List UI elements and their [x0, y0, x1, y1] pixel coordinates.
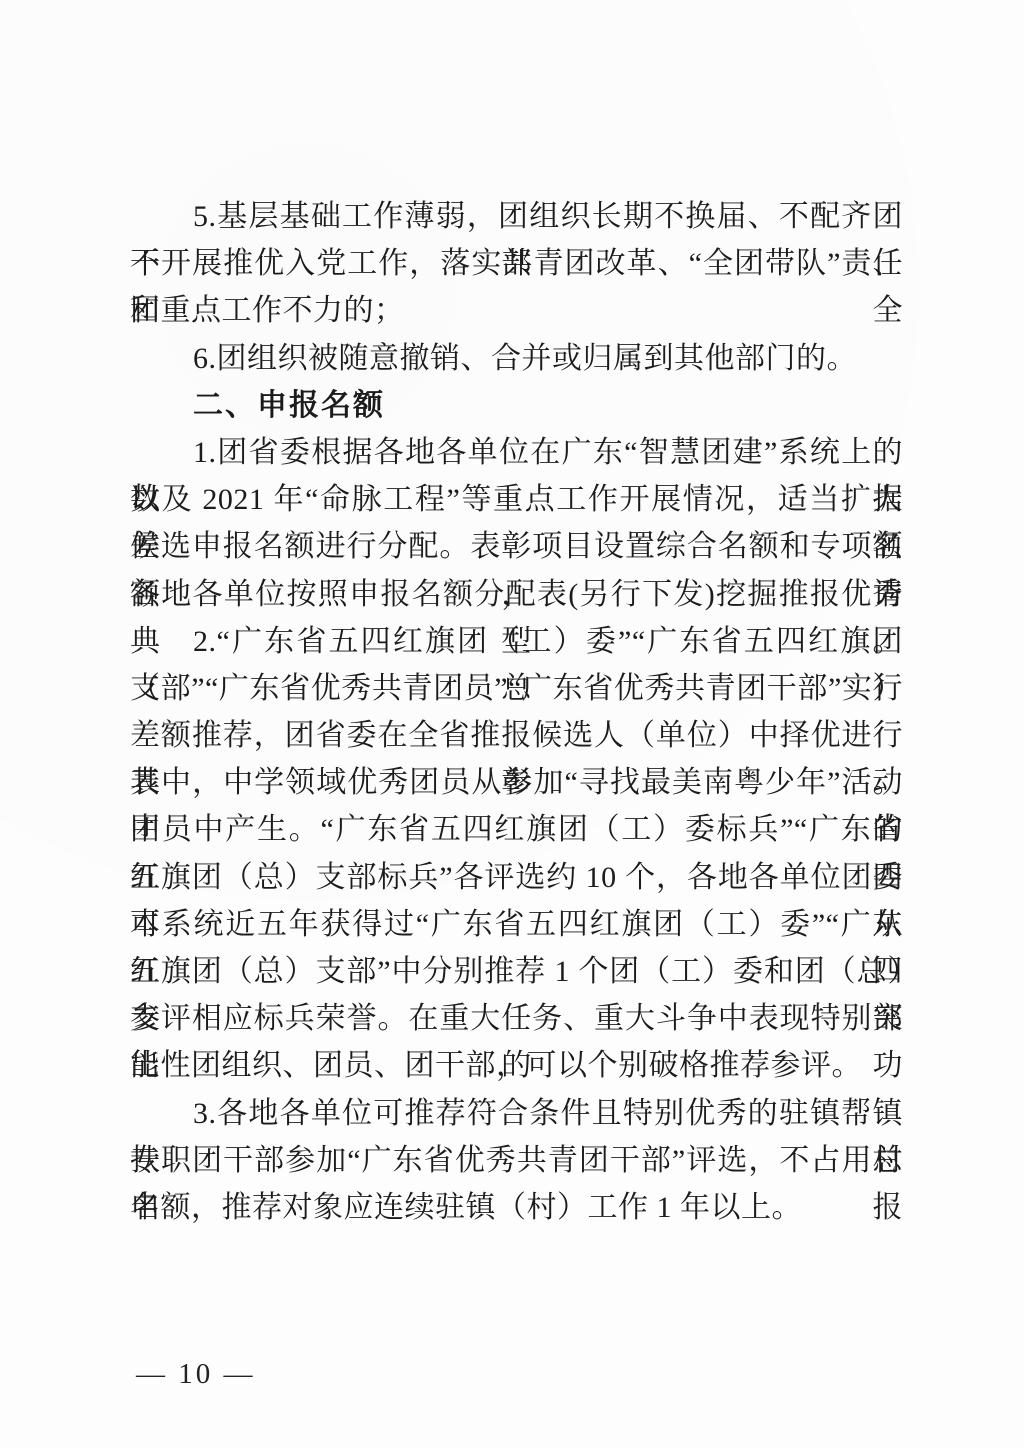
text-line: 1.团省委根据各地各单位在广东“智慧团建”系统上的数据	[130, 429, 903, 476]
text-line: 本系统近五年获得过“广东省五四红旗团（工）委”“广东五四	[130, 901, 903, 948]
section-heading: 二、申报名额	[130, 382, 903, 429]
scanned-document-page: 5.基层基础工作薄弱，团组织长期不换届、不配齐团干部、 不开展推优入党工作，落实…	[0, 0, 1024, 1448]
text-line: 2.“广东省五四红旗团（工）委”“广东省五四红旗团（总）	[130, 618, 903, 665]
text-line: 名额，推荐对象应连续驻镇（村）工作 1 年以上。	[130, 1184, 903, 1231]
text-line: 红旗团（总）支部标兵”各评选约 10 个，各地各单位团委可从	[130, 854, 903, 901]
text-line: 团员中产生。“广东省五四红旗团（工）委标兵”“广东省五四	[130, 806, 903, 853]
text-line: 其中，中学领域优秀团员从参加“寻找最美南粤少年”活动中的	[130, 759, 903, 806]
text-line: 候选申报名额进行分配。表彰项目设置综合名额和专项名额，请	[130, 523, 903, 570]
text-line: 6.团组织被随意撤销、合并或归属到其他部门的。	[130, 335, 903, 382]
document-body: 5.基层基础工作薄弱，团组织长期不换届、不配齐团干部、 不开展推优入党工作，落实…	[130, 193, 903, 1231]
text-line: 各地各单位按照申报名额分配表(另行下发)挖掘推报优秀典型。	[130, 571, 903, 618]
text-line: 以及 2021 年“命脉工程”等重点工作开展情况，适当扩大差额	[130, 476, 903, 523]
text-line: 能性团组织、团员、团干部，可以个别破格推荐参评。	[130, 1042, 903, 1089]
text-line: 专职团干部参加“广东省优秀共青团干部”评选，不占用总申报	[130, 1137, 903, 1184]
text-line: 支部”“广东省优秀共青团员”“广东省优秀共青团干部”实行	[130, 665, 903, 712]
page-number: — 10 —	[136, 1358, 256, 1391]
text-line: 不开展推优入党工作，落实共青团改革、“全团带队”责任和全	[130, 240, 903, 287]
text-line: 红旗团（总）支部”中分别推荐 1 个团（工）委和团（总）支部	[130, 948, 903, 995]
text-line: 差额推荐，团省委在全省推报候选人（单位）中择优进行表彰。	[130, 712, 903, 759]
text-line: 3.各地各单位可推荐符合条件且特别优秀的驻镇帮镇扶村	[130, 1090, 903, 1137]
text-line: 5.基层基础工作薄弱，团组织长期不换届、不配齐团干部、	[130, 193, 903, 240]
text-line: 参评相应标兵荣誉。在重大任务、重大斗争中表现特别突出的功	[130, 995, 903, 1042]
